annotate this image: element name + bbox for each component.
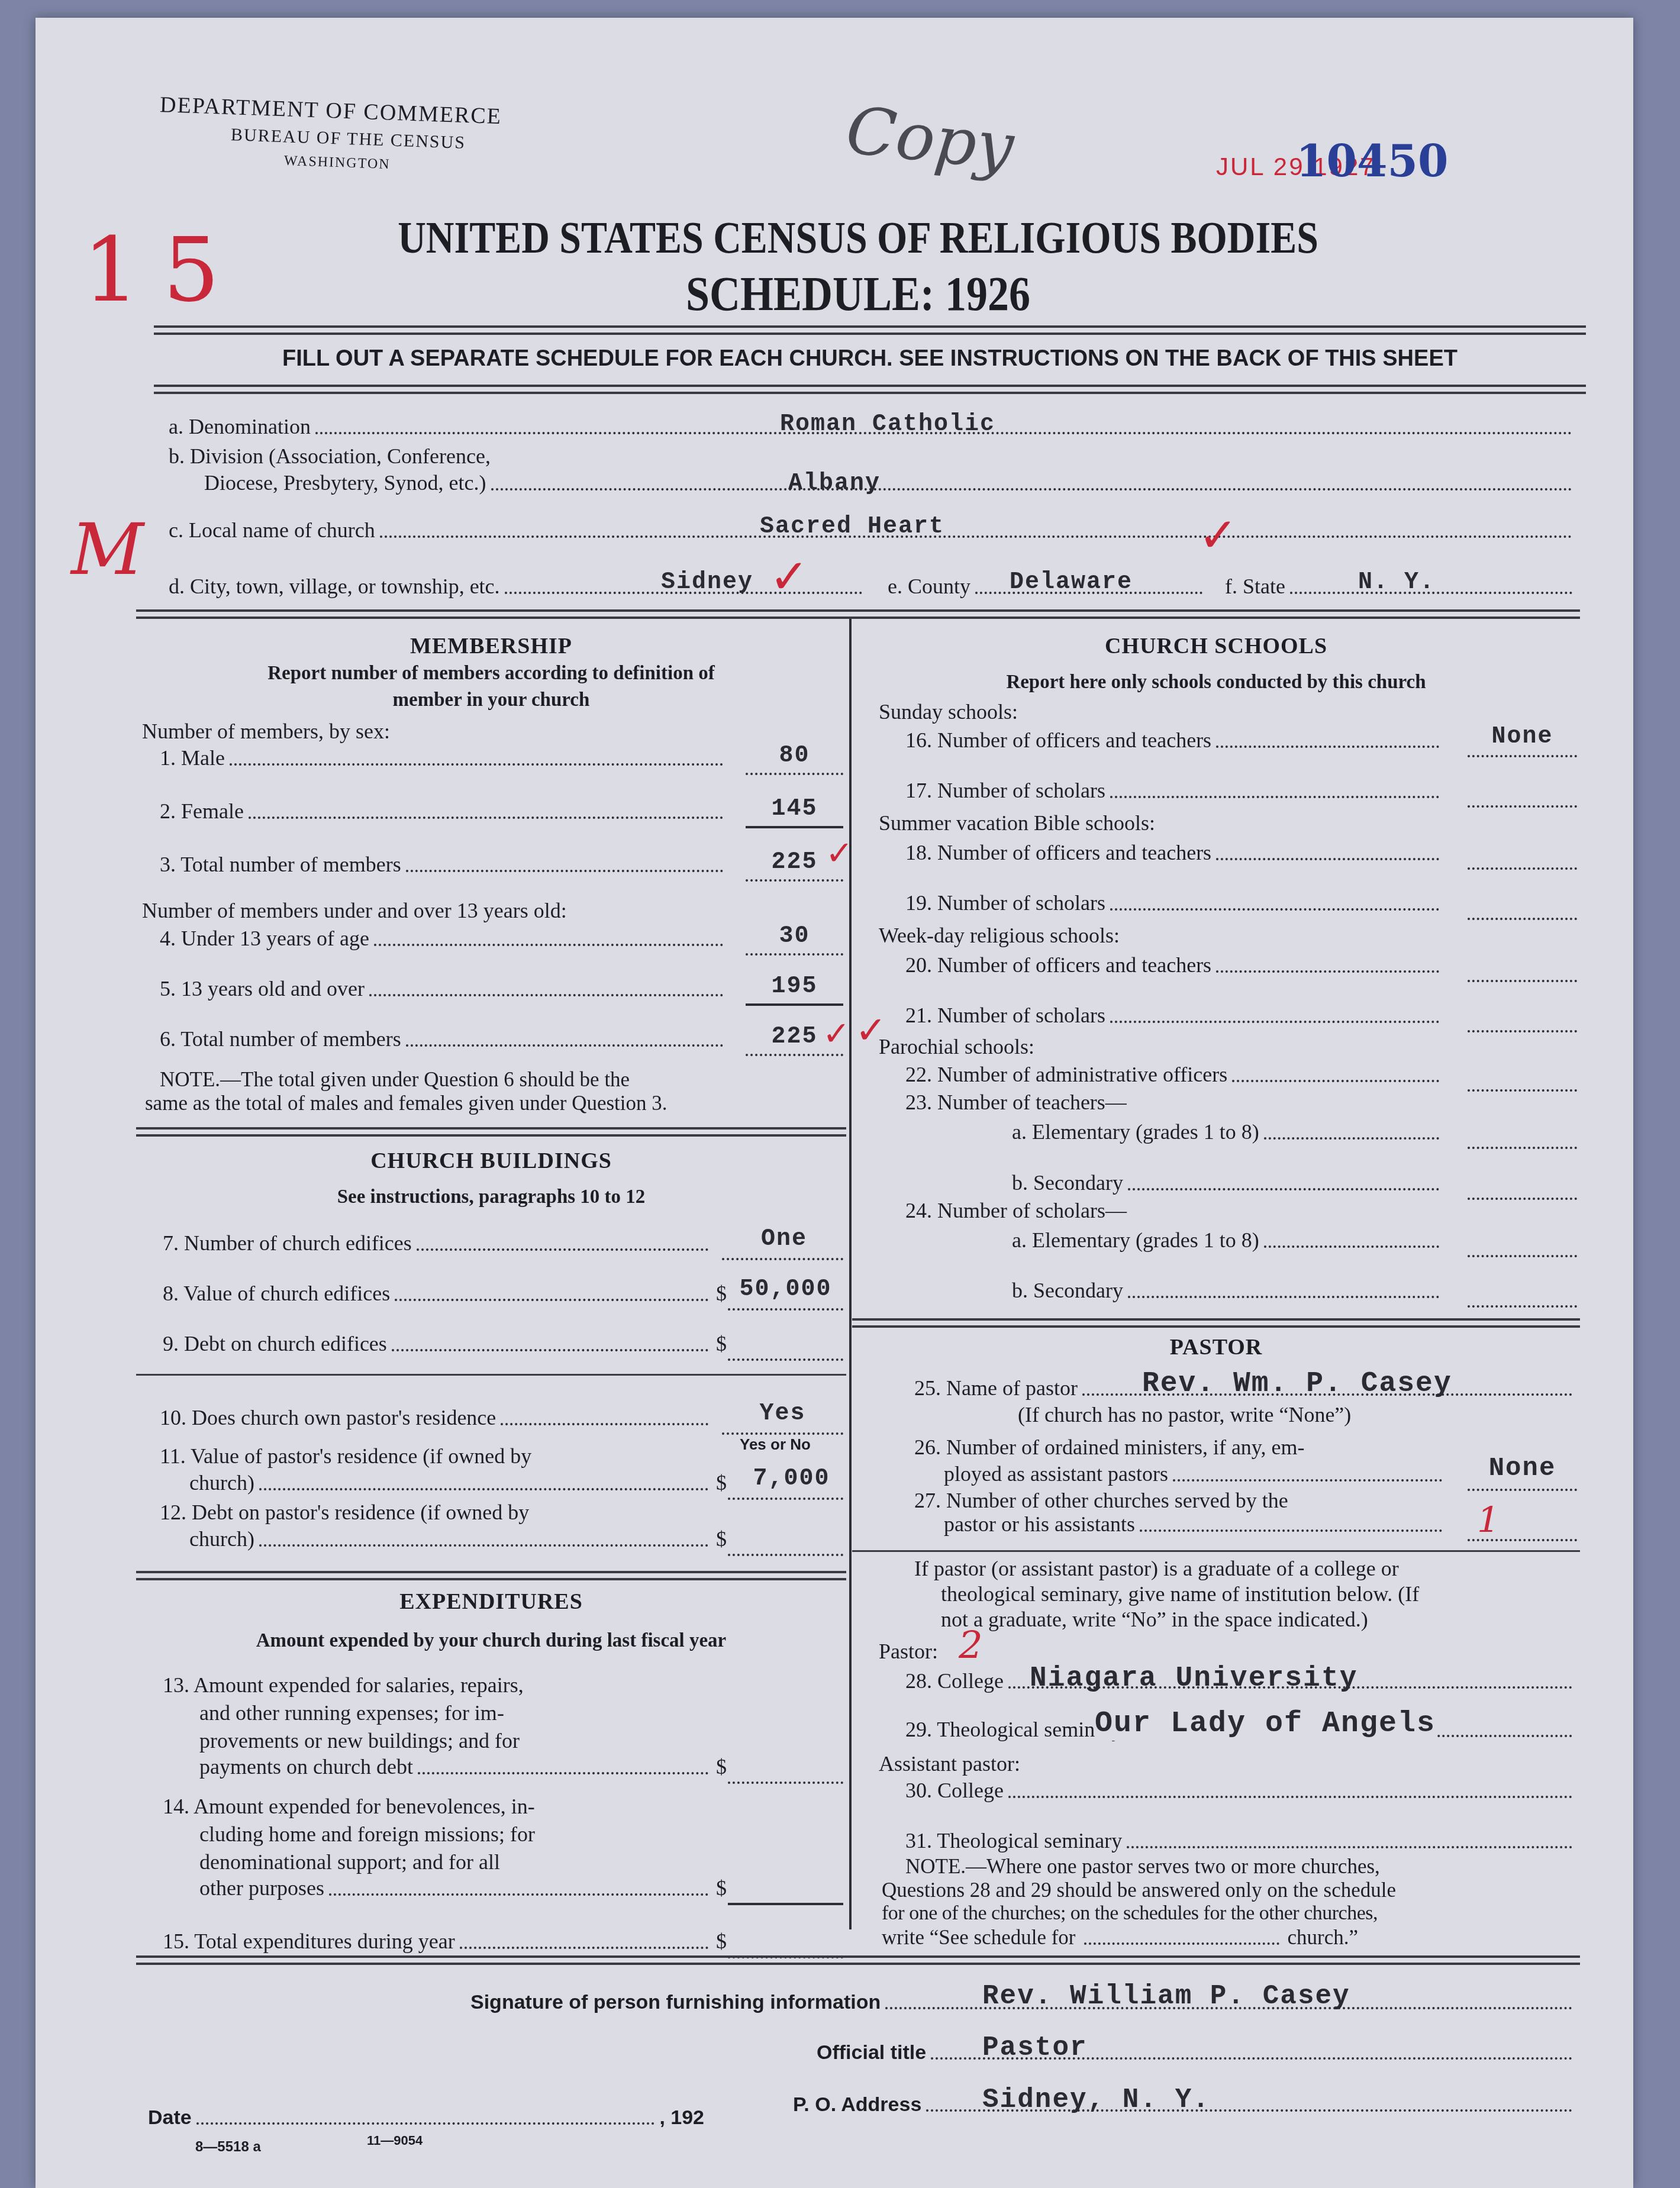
benevolences-label: 14. Amount expended for benevolences, in… <box>163 1793 695 1876</box>
buildings-subtitle: See instructions, paragraphs 10 to 12 <box>136 1186 846 1208</box>
membership-note-1: NOTE.—The total given under Question 6 s… <box>160 1068 840 1092</box>
total-expenditures-label: 15. Total expenditures during year <box>163 1929 455 1954</box>
pastor-heading: PASTOR <box>852 1334 1580 1360</box>
benevolences-value[interactable] <box>728 1903 843 1905</box>
expenditures-subtitle: Amount expended by your church during la… <box>136 1630 846 1652</box>
weekday-schools-label: Week-day religious schools: <box>879 923 1120 948</box>
membership-subtitle-2: member in your church <box>136 689 846 711</box>
checkmark-icon: ✓ <box>823 1018 850 1051</box>
division-value[interactable]: Albany <box>686 470 982 497</box>
serial-number-stamp: 10450 <box>1296 136 1448 187</box>
edifices-debt-label: 9. Debt on church edifices <box>163 1331 387 1356</box>
salaries-label: 13. Amount expended for salaries, repair… <box>163 1671 695 1755</box>
total-members-age-label: 6. Total number of members <box>160 1027 401 1051</box>
by-sex-label: Number of members, by sex: <box>142 719 390 744</box>
currency-symbol: $ <box>716 1754 727 1779</box>
church-name-value[interactable]: Sacred Heart <box>686 514 1018 540</box>
residence-value-value[interactable]: 7,000 <box>740 1466 843 1492</box>
bureau-heading: BUREAU OF THE CENSUS <box>231 125 466 153</box>
margin-number: 15 <box>83 219 243 322</box>
currency-symbol: $ <box>716 1929 727 1954</box>
parochial-teachers-elementary-value[interactable] <box>1468 1147 1577 1149</box>
edifices-value-field[interactable]: 8. Value of church edifices <box>163 1281 713 1306</box>
pastor-name-hint: (If church has no pastor, write “None”) <box>1018 1402 1351 1427</box>
summer-teachers-value[interactable] <box>1468 867 1577 870</box>
residence-debt-field[interactable]: church) <box>189 1527 713 1551</box>
membership-subtitle-1: Report number of members according to de… <box>136 663 846 685</box>
membership-rule <box>136 1127 846 1137</box>
buildings-rule <box>136 1571 846 1580</box>
summer-scholars-value[interactable] <box>1468 918 1577 920</box>
female-label: 2. Female <box>160 799 244 824</box>
parochial-scholars-secondary-field[interactable]: b. Secondary <box>1012 1278 1444 1303</box>
parochial-scholars-label: 24. Number of scholars— <box>905 1198 1127 1223</box>
parochial-admin-value[interactable] <box>1468 1089 1577 1092</box>
pastor-subhead: Pastor: <box>879 1639 938 1664</box>
total-members-field[interactable]: 3. Total number of members <box>160 852 728 877</box>
assistant-seminary-field[interactable]: 31. Theological seminary <box>905 1828 1577 1853</box>
weekday-teachers-field[interactable]: 20. Number of officers and teachers <box>905 953 1444 977</box>
pastor-mark: 2 <box>959 1624 983 1668</box>
copy-annotation: Copy <box>843 92 1017 185</box>
edifices-value-value[interactable]: 50,000 <box>728 1276 843 1303</box>
county-value[interactable]: Delaware <box>982 569 1160 596</box>
seminary-value[interactable]: Our Lady of Angels <box>1095 1707 1436 1741</box>
denomination-label: a. Denomination <box>169 414 311 439</box>
division-label-2: Diocese, Presbytery, Synod, etc.) <box>204 470 486 495</box>
state-label: f. State <box>1225 574 1285 599</box>
other-churches-value[interactable]: 1 <box>1444 1500 1533 1541</box>
graduate-note-2: theological seminary, give name of insti… <box>941 1582 1577 1606</box>
parochial-teachers-secondary-value[interactable] <box>1468 1198 1577 1200</box>
total-expenditures-field[interactable]: 15. Total expenditures during year <box>163 1929 713 1954</box>
assistant-ministers-value[interactable]: None <box>1468 1454 1577 1483</box>
parochial-teachers-secondary-field[interactable]: b. Secondary <box>1012 1170 1444 1195</box>
residence-value-field[interactable]: church) <box>189 1470 713 1495</box>
residence-value-label-2: church) <box>189 1470 254 1495</box>
graduate-note-1: If pastor (or assistant pastor) is a gra… <box>914 1556 1577 1581</box>
official-title-field[interactable]: Official title <box>817 2041 1577 2064</box>
pastor-note-2: Questions 28 and 29 should be answered o… <box>882 1879 1577 1902</box>
census-schedule-sheet: DEPARTMENT OF COMMERCE BUREAU OF THE CEN… <box>36 18 1633 2188</box>
owns-residence-label: 10. Does church own pastor's residence <box>160 1405 496 1430</box>
state-value[interactable]: N. Y. <box>1314 569 1479 596</box>
currency-symbol: $ <box>716 1281 727 1306</box>
under-13-value[interactable]: 30 <box>746 923 843 950</box>
schools-rule <box>852 1318 1580 1328</box>
parochial-scholars-secondary-value[interactable] <box>1468 1305 1577 1308</box>
salaries-value[interactable] <box>728 1782 843 1784</box>
city-label: d. City, town, village, or township, etc… <box>169 574 500 599</box>
pastor-note-1: NOTE.—Where one pastor serves two or mor… <box>905 1855 1577 1879</box>
total-members-age-field[interactable]: 6. Total number of members <box>160 1027 728 1051</box>
summer-schools-label: Summer vacation Bible schools: <box>879 811 1155 835</box>
pastor-note-4: write “See schedule for church.” <box>882 1926 1358 1950</box>
owns-residence-value[interactable]: Yes <box>722 1400 843 1427</box>
weekday-teachers-value[interactable] <box>1468 980 1577 982</box>
parochial-scholars-elementary-field[interactable]: a. Elementary (grades 1 to 8) <box>1012 1228 1444 1253</box>
weekday-scholars-value[interactable] <box>1468 1030 1577 1032</box>
margin-initials: M <box>71 509 144 591</box>
over-13-field[interactable]: 5. 13 years old and over <box>160 976 728 1001</box>
schools-subtitle: Report here only schools conducted by th… <box>852 672 1580 693</box>
edifices-debt-value[interactable] <box>728 1358 843 1361</box>
city-heading: WASHINGTON <box>284 153 391 173</box>
checkmark-icon: ✓ <box>769 553 809 601</box>
currency-symbol: $ <box>716 1470 727 1495</box>
date-field[interactable]: Date , 192 <box>148 2106 704 2129</box>
female-field[interactable]: 2. Female <box>160 799 728 824</box>
assistant-pastor-subhead: Assistant pastor: <box>879 1751 1020 1776</box>
edifices-value-label: 8. Value of church edifices <box>163 1281 390 1306</box>
assistant-seminary-value <box>1127 1846 1572 1848</box>
header-rule-lower <box>154 385 1586 394</box>
summer-scholars-field[interactable]: 19. Number of scholars <box>905 890 1444 915</box>
section-rule <box>136 609 1580 619</box>
signature-value[interactable]: Rev. William P. Casey <box>982 1981 1350 2012</box>
other-churches-field[interactable]: pastor or his assistants <box>944 1512 1447 1537</box>
total-members-label: 3. Total number of members <box>160 852 401 877</box>
currency-symbol: $ <box>716 1527 727 1551</box>
female-value[interactable]: 145 <box>746 796 843 822</box>
residence-debt-label-2: church) <box>189 1527 254 1551</box>
over-13-label: 5. 13 years old and over <box>160 976 365 1001</box>
currency-symbol: $ <box>716 1876 727 1900</box>
checkmark-icon: ✓ <box>826 837 853 870</box>
benevolences-field[interactable]: other purposes <box>199 1876 713 1900</box>
parochial-scholars-elementary-value[interactable] <box>1468 1255 1577 1257</box>
assistant-ministers-label-1: 26. Number of ordained ministers, if any… <box>914 1435 1305 1460</box>
salaries-field[interactable]: payments on church debt <box>199 1754 713 1779</box>
currency-symbol: $ <box>716 1331 727 1356</box>
parochial-schools-label: Parochial schools: <box>879 1034 1034 1059</box>
under-13-label: 4. Under 13 years of age <box>160 926 369 951</box>
parochial-admin-field[interactable]: 22. Number of administrative officers <box>905 1062 1444 1087</box>
residence-debt-label-1: 12. Debt on pastor's residence (if owned… <box>160 1500 529 1525</box>
church-name-label: c. Local name of church <box>169 518 375 543</box>
official-title-value[interactable]: Pastor <box>982 2032 1088 2063</box>
residence-value-label-1: 11. Value of pastor's residence (if owne… <box>160 1444 531 1469</box>
county-label: e. County <box>888 574 970 599</box>
edifices-count-label: 7. Number of church edifices <box>163 1231 412 1256</box>
sunday-scholars-value[interactable] <box>1468 805 1577 808</box>
sunday-teachers-field[interactable]: 16. Number of officers and teachers <box>905 728 1444 753</box>
assistant-college-value <box>1008 1796 1572 1798</box>
under-13-field[interactable]: 4. Under 13 years of age <box>160 926 728 951</box>
footer-rule <box>136 1955 1580 1965</box>
division-label-1: b. Division (Association, Conference, <box>169 444 491 469</box>
edifices-debt-field[interactable]: 9. Debt on church edifices <box>163 1331 713 1356</box>
assistant-ministers-field[interactable]: ployed as assistant pastors <box>944 1461 1447 1486</box>
assistant-college-field[interactable]: 30. College <box>905 1778 1577 1803</box>
yes-no-hint: Yes or No <box>740 1435 811 1454</box>
pastor-note-3: for one of the churches; on the schedule… <box>882 1902 1577 1925</box>
parochial-teachers-elementary-field[interactable]: a. Elementary (grades 1 to 8) <box>1012 1119 1444 1144</box>
graduate-note-3: not a graduate, write “No” in the space … <box>941 1607 1368 1632</box>
city-value[interactable]: Sidney <box>627 569 787 596</box>
owns-residence-field[interactable]: 10. Does church own pastor's residence <box>160 1405 713 1430</box>
sunday-schools-label: Sunday schools: <box>879 699 1018 724</box>
weekday-scholars-field[interactable]: 21. Number of scholars <box>905 1003 1444 1028</box>
fill-instruction: FILL OUT A SEPARATE SCHEDULE FOR EACH CH… <box>154 346 1586 372</box>
membership-heading: MEMBERSHIP <box>136 633 846 659</box>
po-address-value[interactable]: Sidney, N. Y. <box>982 2084 1210 2115</box>
department-heading: DEPARTMENT OF COMMERCE <box>159 92 502 130</box>
schedule-year: SCHEDULE: 1926 <box>337 266 1379 322</box>
header-rule <box>154 325 1586 335</box>
form-title: UNITED STATES CENSUS OF RELIGIOUS BODIES <box>337 212 1379 264</box>
edifices-count-value[interactable]: One <box>728 1226 840 1253</box>
parochial-teachers-label: 23. Number of teachers— <box>905 1090 1127 1115</box>
print-code: 11—9054 <box>367 2133 423 2148</box>
edifices-count-field[interactable]: 7. Number of church edifices <box>163 1231 713 1256</box>
over-13-value[interactable]: 195 <box>746 973 843 1000</box>
checkmark-icon: ✓ <box>1198 512 1238 559</box>
by-age-label: Number of members under and over 13 year… <box>142 898 567 923</box>
other-churches-label-1: 27. Number of other churches served by t… <box>914 1488 1288 1513</box>
male-field[interactable]: 1. Male <box>160 746 728 770</box>
buildings-heading: CHURCH BUILDINGS <box>136 1148 846 1174</box>
pastor-name-value[interactable]: Rev. Wm. P. Casey <box>1142 1368 1452 1400</box>
form-code: 8—5518 a <box>195 2139 261 2155</box>
sunday-scholars-field[interactable]: 17. Number of scholars <box>905 778 1444 803</box>
summer-teachers-field[interactable]: 18. Number of officers and teachers <box>905 840 1444 865</box>
expenditures-heading: EXPENDITURES <box>136 1589 846 1615</box>
college-value[interactable]: Niagara University <box>1030 1663 1357 1695</box>
residence-debt-value[interactable] <box>728 1554 843 1556</box>
membership-note-2: same as the total of males and females g… <box>145 1092 843 1115</box>
male-value[interactable]: 80 <box>746 743 843 769</box>
column-divider <box>849 619 852 1929</box>
schools-heading: CHURCH SCHOOLS <box>852 633 1580 659</box>
male-label: 1. Male <box>160 746 225 770</box>
denomination-value[interactable]: Roman Catholic <box>710 411 1065 438</box>
sunday-teachers-value[interactable]: None <box>1468 724 1577 750</box>
date-value <box>196 2122 655 2125</box>
